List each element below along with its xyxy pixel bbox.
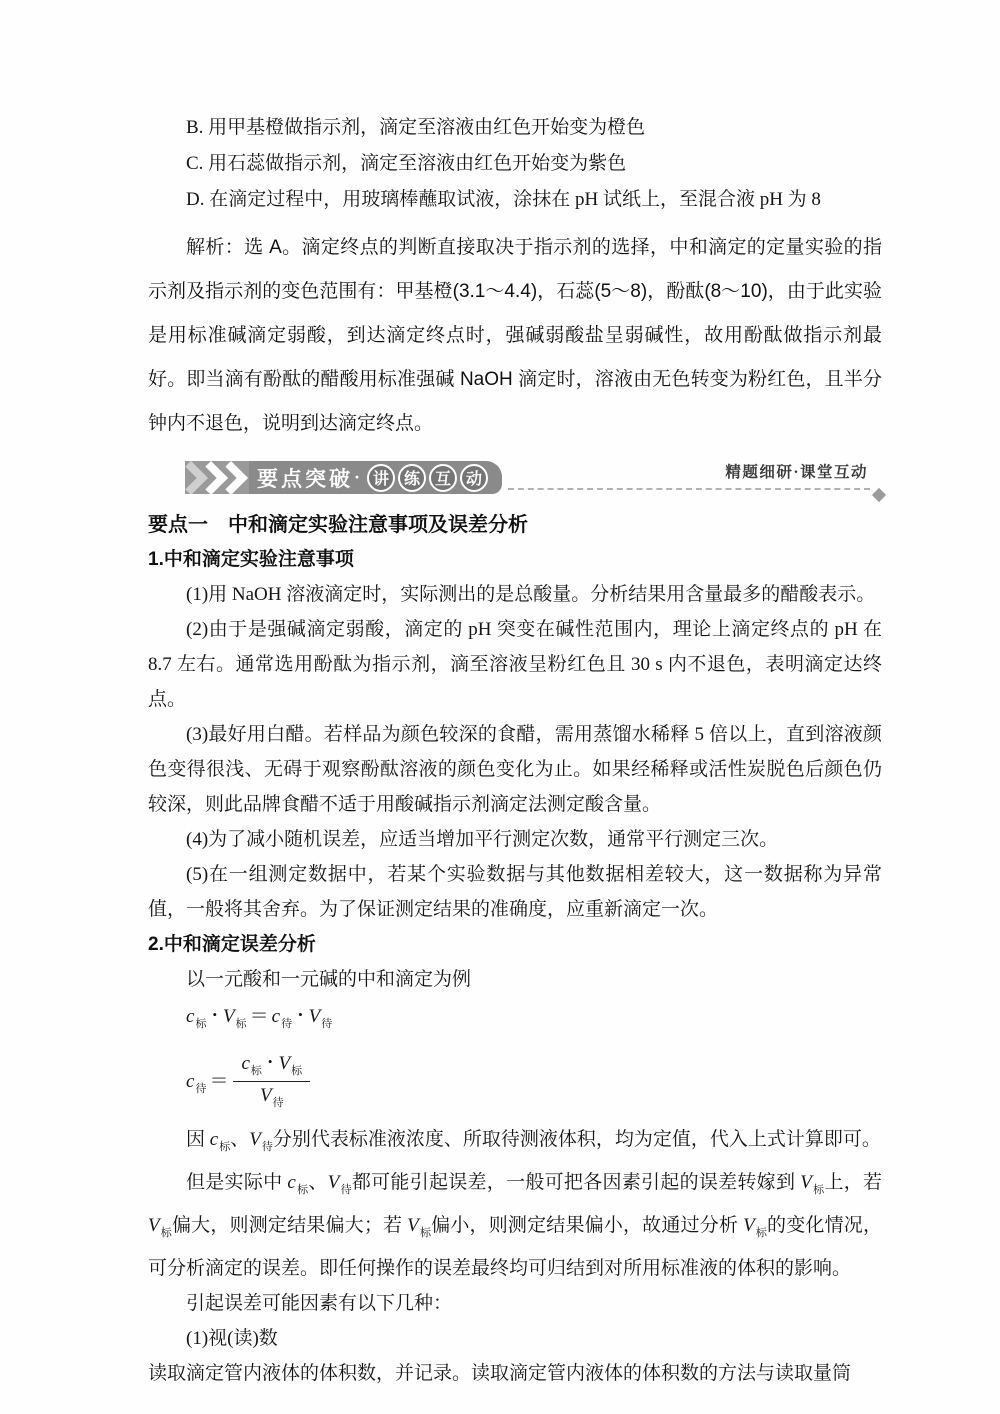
- fraction-lhs: c待＝: [186, 1066, 231, 1096]
- option-d: D. 在滴定过程中，用玻璃棒蘸取试液，涂抹在 pH 试纸上，至混合液 pH 为 …: [148, 182, 882, 218]
- item-reading: (1)视(读)数: [148, 1321, 882, 1356]
- banner-right: 精题细研·课堂互动: [502, 458, 882, 494]
- document-page: B. 用甲基橙做指示剂，滴定至溶液由红色开始变为橙色 C. 用石蕊做指示剂，滴定…: [0, 0, 1000, 1414]
- reading-description: 读取滴定管内液体的体积数，并记录。读取滴定管内液体的体积数的方法与读取量筒: [148, 1356, 882, 1391]
- example-line: 以一元酸和一元碱的中和滴定为例: [148, 962, 882, 997]
- fraction-denominator: V待: [260, 1082, 284, 1110]
- subheading-error-analysis: 2.中和滴定误差分析: [148, 927, 882, 962]
- circled-char-dong: 动: [460, 464, 488, 492]
- section-banner: 要点突破 · 讲 练 互 动 精题细研·课堂互动: [148, 458, 882, 494]
- note-1: (1)用 NaOH 溶液滴定时，实际测出的是总酸量。分析结果用含量最多的醋酸表示…: [148, 577, 882, 612]
- page-content: B. 用甲基橙做指示剂，滴定至溶液由红色开始变为橙色 C. 用石蕊做指示剂，滴定…: [148, 110, 882, 1391]
- note-2: (2)由于是强碱滴定弱酸，滴定的 pH 突变在碱性范围内，理论上滴定终点的 pH…: [148, 612, 882, 717]
- banner-caption: 精题细研·课堂互动: [725, 460, 868, 482]
- banner-dot: ·: [354, 467, 360, 488]
- circled-char-lian: 练: [398, 464, 426, 492]
- cause-intro: 引起误差可能因素有以下几种：: [148, 1286, 882, 1321]
- option-c: C. 用石蕊做指示剂，滴定至溶液由红色开始变为紫色: [148, 146, 882, 182]
- circled-char-hu: 互: [429, 464, 457, 492]
- note-5: (5)在一组测定数据中，若某个实验数据与其他数据相差较大，这一数据称为异常值，一…: [148, 857, 882, 927]
- point-one-heading: 要点一 中和滴定实验注意事项及误差分析: [148, 508, 882, 542]
- para-constants: 因 c标、V待分别代表标准液浓度、所取待测液体积，均为定值，代入上式计算即可。: [148, 1122, 882, 1165]
- note-4: (4)为了减小随机误差，应适当增加平行测定次数，通常平行测定三次。: [148, 822, 882, 857]
- subheading-notes: 1.中和滴定实验注意事项: [148, 542, 882, 577]
- fraction: c标•V标 V待: [233, 1053, 310, 1110]
- note-3: (3)最好用白醋。若样品为颜色较深的食醋，需用蒸馏水稀释 5 倍以上，直到溶液颜…: [148, 717, 882, 822]
- para-error-transfer: 但是实际中 c标、V待都可能引起误差，一般可把各因素引起的误差转嫁到 V标上，若…: [148, 1165, 882, 1286]
- banner-bar: 要点突破 · 讲 练 互 动: [185, 461, 502, 494]
- circled-char-jiang: 讲: [367, 464, 395, 492]
- fraction-numerator: c标•V标: [233, 1053, 310, 1082]
- analysis-paragraph: 解析：选 A。滴定终点的判断直接取决于指示剂的选择，中和滴定的定量实验的指示剂及…: [148, 226, 882, 446]
- formula-fraction: c待＝ c标•V标 V待: [148, 1050, 882, 1112]
- banner-title: 要点突破: [257, 463, 353, 493]
- double-chevron-icon: [185, 461, 249, 494]
- dotted-rule: [508, 488, 870, 490]
- diamond-icon: [872, 488, 886, 502]
- option-b: B. 用甲基橙做指示剂，滴定至溶液由红色开始变为橙色: [148, 110, 882, 146]
- formula-equality: c标•V标＝c待•V待: [148, 997, 882, 1042]
